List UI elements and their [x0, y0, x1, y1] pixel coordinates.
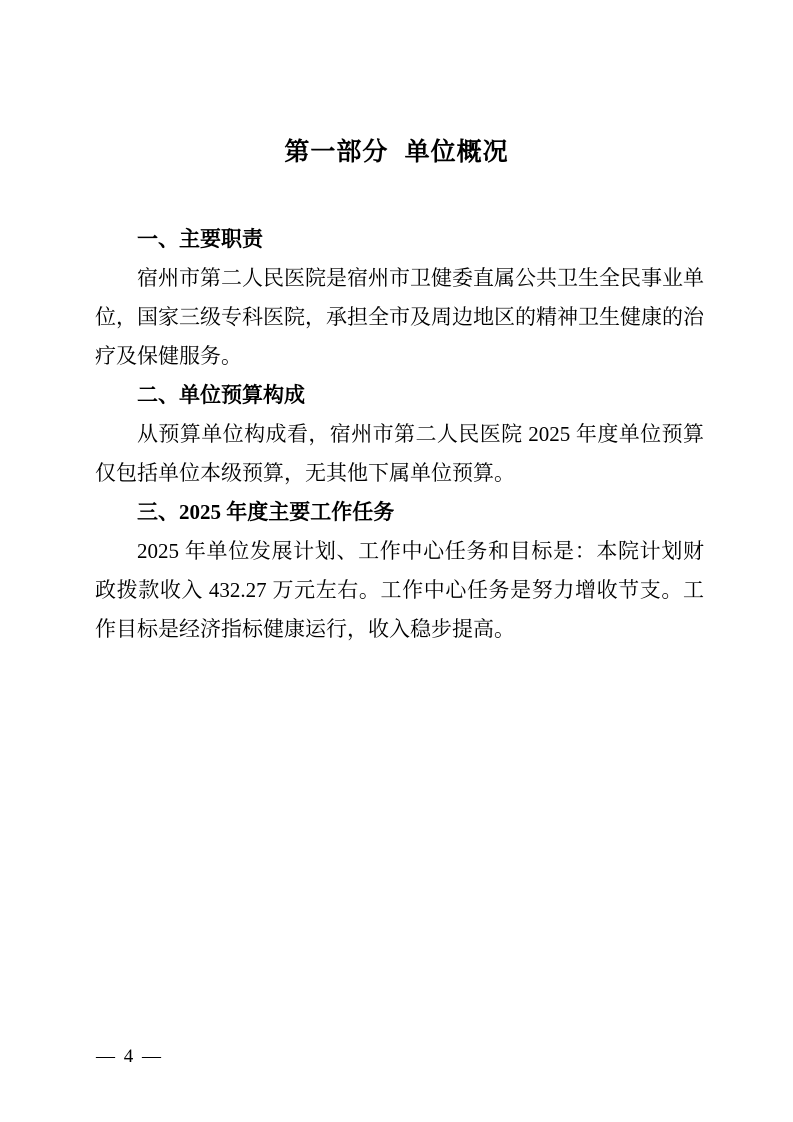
section-3-heading: 三、2025 年度主要工作任务 [95, 493, 704, 532]
page-title: 第一部分 单位概况 [0, 0, 793, 166]
section-2-paragraph: 从预算单位构成看，宿州市第二人民医院 2025 年度单位预算仅包括单位本级预算，… [95, 415, 704, 493]
section-2-heading: 二、单位预算构成 [95, 376, 704, 415]
page-number: — 4 — [96, 1046, 163, 1068]
document-body: 一、主要职责 宿州市第二人民医院是宿州市卫健委直属公共卫生全民事业单位，国家三级… [95, 220, 704, 649]
section-1-paragraph: 宿州市第二人民医院是宿州市卫健委直属公共卫生全民事业单位，国家三级专科医院，承担… [95, 259, 704, 376]
document-page: 第一部分 单位概况 一、主要职责 宿州市第二人民医院是宿州市卫健委直属公共卫生全… [0, 0, 793, 1122]
section-1-heading: 一、主要职责 [95, 220, 704, 259]
section-3-paragraph: 2025 年单位发展计划、工作中心任务和目标是：本院计划财政拨款收入 432.2… [95, 532, 704, 649]
